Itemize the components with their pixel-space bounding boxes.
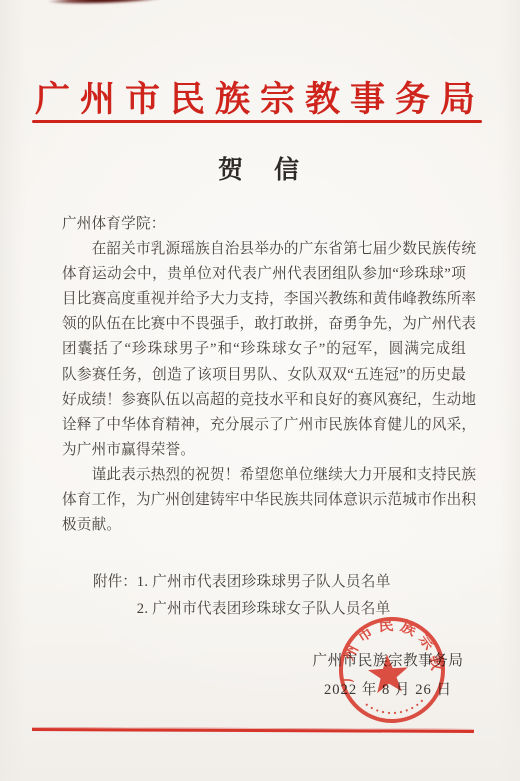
seal-star-icon [367,653,410,694]
letterhead-divider [32,120,482,123]
letter-body: 广州体育学院： 在韶关市乳源瑶族自治县举办的广东省第七届少数民族传统体育运动会中… [62,212,466,538]
body-line: 为广州市赢得荣誉。 [62,438,466,463]
body-line: 体育运动会中，贵单位对代表广州代表团组队参加“珍珠球”项 [62,262,466,287]
body-line: 谨此表示热烈的祝贺！希望您单位继续大力开展和支持民族 [62,463,466,488]
footer-divider [32,727,474,732]
body-line: 好成绩！参赛队伍以高超的竞技水平和良好的赛风赛纪，生动地 [62,388,466,413]
agency-letterhead: 广州市民族宗教事务局 [0,72,520,122]
attachments-label: 附件： [93,569,137,623]
body-line: 极贡献。 [62,513,466,538]
body-line: 团囊括了“珍珠球男子”和“珍珠球女子”的冠军，圆满完成组 [62,337,466,362]
body-line: 在韶关市乳源瑶族自治县举办的广东省第七届少数民族传统 [62,237,466,262]
body-line: 领的队伍在比赛中不畏强手，敢打敢拼，奋勇争先，为广州代表 [62,312,466,337]
attachment-item: 1. 广州市代表团珍珠球男子队人员名单 [137,569,391,596]
official-seal: 广州市民族宗教事务局 [330,608,454,732]
body-line: 诠释了中华体育精神，充分展示了广州市民族体育健儿的风采， [62,413,466,438]
scan-smudge-artifact [30,0,182,8]
letter-page: 广州市民族宗教事务局 贺 信 广州体育学院： 在韶关市乳源瑶族自治县举办的广东省… [0,0,520,781]
body-line: 广州体育学院： [62,212,466,237]
body-line: 队参赛任务，创造了该项目男队、女队双双“五连冠”的历史最 [62,363,466,388]
body-line: 目比赛高度重视并给予大力支持，李国兴教练和黄伟峰教练所率 [62,287,466,312]
letter-title: 贺 信 [0,150,520,186]
body-line: 体育工作，为广州创建铸牢中华民族共同体意识示范城市作出积 [62,488,466,513]
